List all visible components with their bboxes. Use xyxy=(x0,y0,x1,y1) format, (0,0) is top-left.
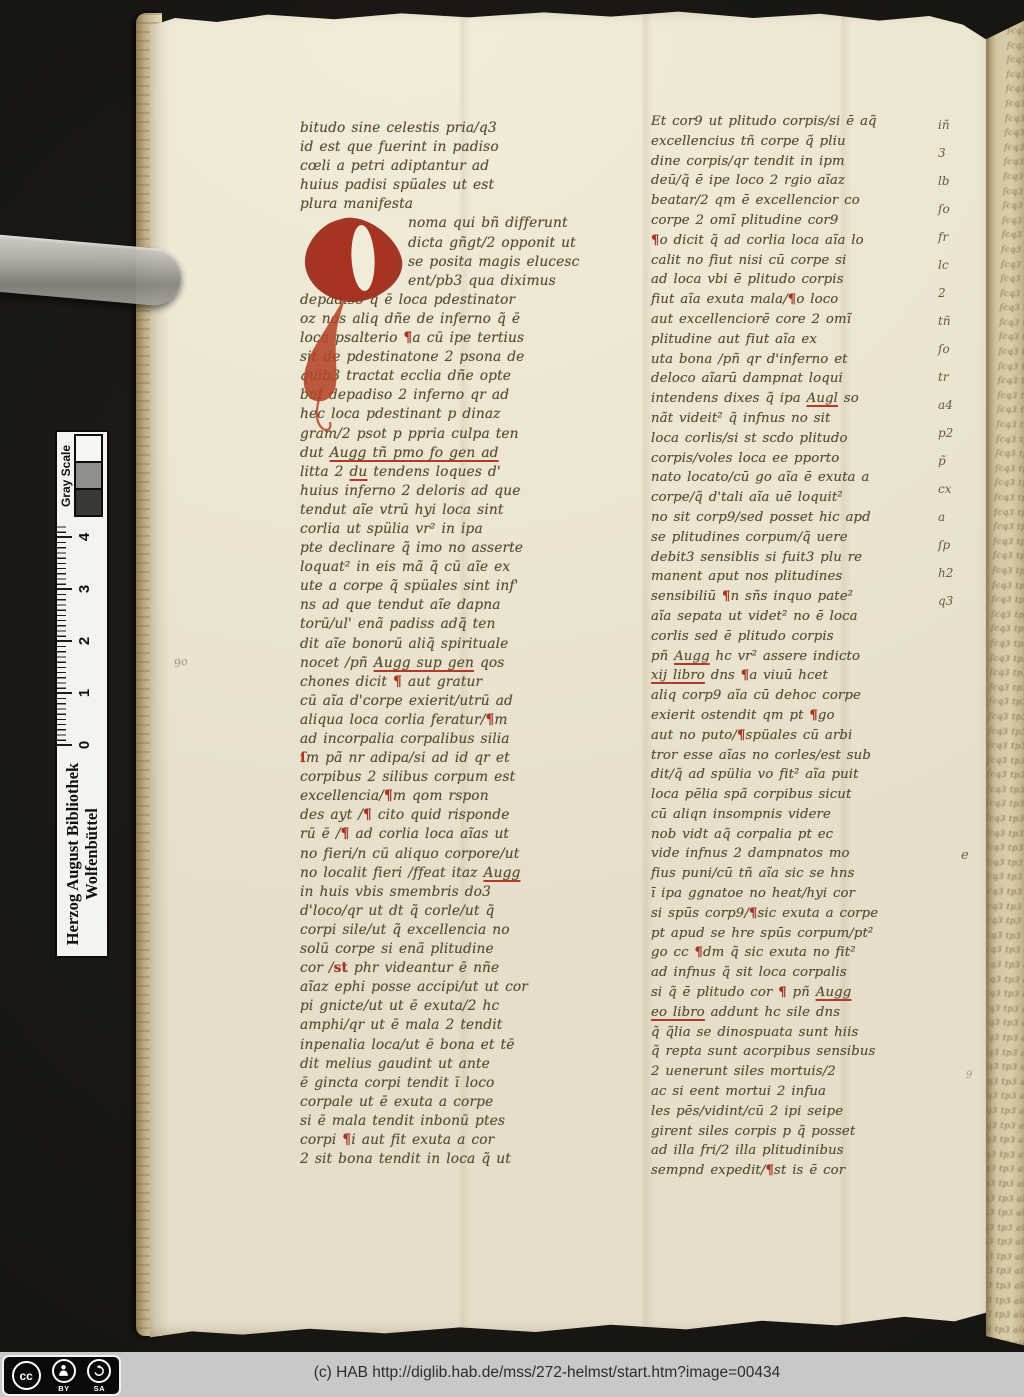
manuscript-line: pi gnicte/ut ut ē exuta/2 hc xyxy=(300,997,652,1016)
manuscript-line: rū ē /¶ ad corlia loca aĩas ut xyxy=(300,825,652,844)
margin-glyph: cx xyxy=(938,482,968,510)
margin-glyph: a xyxy=(938,510,968,538)
manuscript-line: Et cor9 ut plitudo corpis/si ē aq̃ xyxy=(651,112,987,132)
manuscript-line: ad illa fri/2 illa plitudinibus xyxy=(651,1141,987,1161)
manuscript-line: no fieri/n cū aliquo corpore/ut xyxy=(300,845,652,864)
margin-glyph: ſp xyxy=(938,538,968,566)
manuscript-line: q̃ q̃lia se dinospuata sunt hiis xyxy=(651,1023,987,1043)
manuscript-line: dit/q̃ ad spülia vo fit² aĩa puit xyxy=(651,765,987,785)
gray-scale: Gray Scale xyxy=(57,432,107,520)
manuscript-line: pt apud se hre spūs corpum/pt² xyxy=(651,924,987,944)
gray-scale-patch xyxy=(76,464,101,491)
initial-letter-O-icon xyxy=(292,212,417,434)
manuscript-line: loquat² in eis mã q̃ cū aĩe ex xyxy=(300,558,652,577)
margin-glyph: tñ xyxy=(938,314,968,342)
manuscript-line: no localit fieri /ffeat itaz Augg xyxy=(300,864,652,883)
margin-glyph: a4 xyxy=(938,398,968,426)
manuscript-line: corpis/voles loca ee pporto xyxy=(651,449,987,469)
manuscript-line: cū aĩa d'corpe exierit/utrū ad xyxy=(300,692,652,711)
manuscript-line: cū aliqn insompnis videre xyxy=(651,805,987,825)
manuscript-line: debit3 sensiblis si fuit3 plu re xyxy=(651,548,987,568)
manuscript-line: nocet /pñ Augg sup gen qos xyxy=(300,654,652,673)
manuscript-line: 2 uenerunt siles mortuis/2 xyxy=(651,1062,987,1082)
manuscript-line: ad loca vbi ē plitudo corpis xyxy=(651,270,987,290)
calibration-strip-inner: Herzog August Bibliothek Wolfenbüttel 01… xyxy=(57,432,107,956)
manuscript-line: les pēs/vidint/cū 2 ipi seipe xyxy=(651,1102,987,1122)
manuscript-line: inpenalia loca/ut ē bona et tē xyxy=(300,1036,652,1055)
attribution-text: (c) HAB http://diglib.hab.de/mss/272-hel… xyxy=(70,1364,1024,1382)
manuscript-line: corpi ¶i aut fit exuta a cor xyxy=(300,1131,652,1150)
manuscript-line: cor /st phr videantur ē nñe xyxy=(300,959,652,978)
manuscript-line: deloco aĩarū dampnat loqui xyxy=(651,369,987,389)
manuscript-line: xij libro dns ¶a viuū hcet xyxy=(651,666,987,686)
manuscript-line: ī ipa ggnatoe no heat/hyi cor xyxy=(651,884,987,904)
margin-glyph: 2 xyxy=(938,286,968,314)
manuscript-line: plitudine aut fiut aĩa ex xyxy=(651,330,987,350)
text-column-2: Et cor9 ut plitudo corpis/si ē aq̃excell… xyxy=(651,112,987,1181)
manuscript-line: no sit corp9/sed posset hic apd xyxy=(651,508,987,528)
manuscript-line: go cc ¶dm q̃ sic exuta no fit² xyxy=(651,943,987,963)
margin-glyph: p̃ xyxy=(938,454,968,482)
cc-by-group: BY xyxy=(52,1359,76,1393)
manuscript-line: corpe 2 omĩ plitudine cor9 xyxy=(651,211,987,231)
manuscript-line: girent siles corpis p q̃ posset xyxy=(651,1122,987,1142)
manuscript-line: nato locato/cū go aĩa ē exuta a xyxy=(651,468,987,488)
manuscript-line: ē gincta corpi tendit ī loco xyxy=(300,1074,652,1093)
margin-glyph: q3 xyxy=(938,594,968,622)
decorated-initial xyxy=(292,212,417,434)
fore-edge-text: ſcq3 tp3 aĩe 2tra ſpm qd h3 loca pl'a ñ … xyxy=(986,18,1024,1348)
manuscript-line: ute a corpe q̃ spüales sint inf' xyxy=(300,577,652,596)
manuscript-line: loca pēlia spã corpibus sicut xyxy=(651,785,987,805)
margin-glyph: iñ xyxy=(938,118,968,146)
manuscript-line: ac si eent mortui 2 infua xyxy=(651,1082,987,1102)
stray-glyph: 9 xyxy=(966,1070,972,1081)
manuscript-line: manent aput nos plitudines xyxy=(651,567,987,587)
footer-bar: (c) HAB http://diglib.hab.de/mss/272-hel… xyxy=(0,1352,1024,1397)
gray-scale-patches xyxy=(74,435,103,518)
manuscript-line: aĩa sepata ut videt² no ē loca xyxy=(651,607,987,627)
manuscript-line: ad incorpalia corpalibus silia xyxy=(300,730,652,749)
manuscript-line: calit no fiut nisi cū corpe si xyxy=(651,251,987,271)
cc-sa-arrow-icon xyxy=(87,1359,111,1383)
manuscript-line: aliqua loca corlia feratur/¶m xyxy=(300,711,652,730)
ruler-number: 3 xyxy=(76,582,93,596)
manuscript-line: uta bona /pñ qr d'inferno et xyxy=(651,350,987,370)
manuscript-line: si ē mala tendit inbonū ptes xyxy=(300,1112,652,1131)
manuscript-line: excellencius tñ corpe q̃ pliu xyxy=(651,132,987,152)
margin-glyph: ſo xyxy=(938,202,968,230)
margin-glyphs: iñ3lbſofrlc2tñſotra4p2p̃cxaſph2q3 xyxy=(938,118,968,622)
manuscript-line: aut no puto/¶spüales cū arbi xyxy=(651,726,987,746)
manuscript-line: dine corpis/qr tendit in ipm xyxy=(651,152,987,172)
manuscript-line: beatar/2 qm ē excellencior co xyxy=(651,191,987,211)
manuscript-line: dit aĩe bonorū aliq̃ spirituale xyxy=(300,635,652,654)
manuscript-line: si q̃ ē plitudo cor ¶ pñ Augg xyxy=(651,983,987,1003)
manuscript-line: litta 2 du tendens loques d' xyxy=(300,463,652,482)
manuscript-line: id est que fuerint in padiso xyxy=(300,138,652,157)
manuscript-line: pñ Augg hc vr² assere indicto xyxy=(651,647,987,667)
book-fore-edge: ſcq3 tp3 aĩe 2tra ſpm qd h3 loca pl'a ñ … xyxy=(986,18,1024,1348)
manuscript-line: vide infnus 2 dampnatos mo xyxy=(651,844,987,864)
margin-glyph: p2 xyxy=(938,426,968,454)
manuscript-line: solū corpe si enã plitudine xyxy=(300,940,652,959)
gray-scale-label: Gray Scale xyxy=(59,445,73,507)
manuscript-line: torū/ul' enã padiss adq̃ ten xyxy=(300,615,652,634)
manuscript-line: q̃ repta sunt acorpibus sensibus xyxy=(651,1042,987,1062)
margin-glyph: tr xyxy=(938,370,968,398)
manuscript-line: amphi/qr ut ē mala 2 tendit xyxy=(300,1016,652,1035)
manuscript-line: d'loco/qr ut dt q̃ corle/ut q̃ xyxy=(300,902,652,921)
manuscript-line: dit melius gaudint ut ante xyxy=(300,1055,652,1074)
ruler-number: 0 xyxy=(76,738,93,752)
color-calibration-strip: Herzog August Bibliothek Wolfenbüttel 01… xyxy=(57,432,107,956)
manuscript-line: cœli a petri adiptantur ad xyxy=(300,157,652,176)
ruler: 01234 xyxy=(57,520,107,752)
ruler-number: 2 xyxy=(76,634,93,648)
manuscript-line: fiut aĩa exuta mala/¶o loco xyxy=(651,290,987,310)
margin-glyph: lc xyxy=(938,258,968,286)
manuscript-line: ns ad que tendut aĩe dapna xyxy=(300,596,652,615)
institution-name: Herzog August Bibliothek Wolfenbüttel xyxy=(57,752,107,956)
manuscript-line: sempnd expedit/¶st is ē cor xyxy=(651,1161,987,1181)
manuscript-line: corpale ut ē exuta a corpe xyxy=(300,1093,652,1112)
gray-scale-patch xyxy=(76,437,101,464)
manuscript-line: 2 sit bona tendit in loca q̃ ut xyxy=(300,1150,652,1169)
manuscript-line: excellencia/¶m qom rspon xyxy=(300,787,652,806)
manuscript-line: deū/q̃ ē ipe loco 2 rgio aĩaz xyxy=(651,171,987,191)
manuscript-line: bitudo sine celestis pria/q3 xyxy=(300,119,652,138)
manuscript-line: se plitudines corpum/q̃ uere xyxy=(651,528,987,548)
ruler-number: 1 xyxy=(76,686,93,700)
manuscript-line: in huis vbis smembris do3 xyxy=(300,883,652,902)
manuscript-line: nãt videit² q̃ infnus no sit xyxy=(651,409,987,429)
ruler-ticks-big xyxy=(57,524,72,746)
manuscript-line: tendut aĩe vtrū hyi loca sint xyxy=(300,501,652,520)
cc-logo-icon: cc xyxy=(12,1361,41,1390)
manuscript-line: huius padisi spüales ut est xyxy=(300,176,652,195)
manuscript-line: intendens dixes q̃ ipa Augl so xyxy=(651,389,987,409)
manuscript-line: aut excellenciorē core 2 omĩ xyxy=(651,310,987,330)
manuscript-line: dut Augg tñ pmo fo gen ad xyxy=(300,444,652,463)
manuscript-line: ¶o dicit q̃ ad corlia loca aĩa lo xyxy=(651,231,987,251)
manuscript-line: ad infnus q̃ sit loca corpalis xyxy=(651,963,987,983)
institution-line1: Herzog August Bibliothek xyxy=(63,752,82,956)
manuscript-line: corpe/q̃ d'tali aĩa uē loquit² xyxy=(651,488,987,508)
margin-glyph: 3 xyxy=(938,146,968,174)
manuscript-line: tror esse aĩas no corles/est sub xyxy=(651,746,987,766)
margin-glyph: ſo xyxy=(938,342,968,370)
manuscript-line: corlia ut spülia vr² in ipa xyxy=(300,520,652,539)
manuscript-line: chones dicit ¶ aut gratur xyxy=(300,673,652,692)
manuscript-line: si spūs corp9/¶sic exuta a corpe xyxy=(651,904,987,924)
manuscript-line: corpibus 2 silibus corpum est xyxy=(300,768,652,787)
cc-by-person-icon xyxy=(52,1359,76,1383)
manuscript-line: corpi sile/ut q̃ excellencia no xyxy=(300,921,652,940)
margin-glyph: lb xyxy=(938,174,968,202)
ruler-number: 4 xyxy=(76,530,93,544)
cc-by-label: BY xyxy=(58,1384,69,1393)
manuscript-line: des ayt /¶ cito quid risponde xyxy=(300,806,652,825)
manuscript-line: huius inferno 2 deloris ad que xyxy=(300,482,652,501)
manuscript-line: sensibiliū ¶n sñs inquo pate² xyxy=(651,587,987,607)
cc-sa-label: SA xyxy=(94,1384,105,1393)
manuscript-line: exierit ostendit qm pt ¶go xyxy=(651,706,987,726)
manuscript-line: aliq corp9 aĩa cū dehoc corpe xyxy=(651,686,987,706)
cc-license-badge: cc BY SA xyxy=(2,1355,121,1396)
manuscript-line: nob vidt aq̃ corpalia pt ec xyxy=(651,825,987,845)
manuscript-line: eo libro addunt hc sile dns xyxy=(651,1003,987,1023)
manuscript-line: corlis sed ē plitudo corpis xyxy=(651,627,987,647)
institution-line2: Wolfenbüttel xyxy=(82,752,101,956)
manuscript-photo: bitudo sine celestis pria/q3id est que f… xyxy=(0,0,1024,1397)
manuscript-line: pte declinare q̃ imo no asserte xyxy=(300,539,652,558)
manuscript-line: loca corlis/si st scdo plitudo xyxy=(651,429,987,449)
margin-glyph: h2 xyxy=(938,566,968,594)
gray-scale-patch xyxy=(76,491,101,516)
stray-glyph: e xyxy=(961,848,969,863)
manuscript-line: fius puni/cū tñ aĩa sic se hns xyxy=(651,864,987,884)
cc-sa-group: SA xyxy=(87,1359,111,1393)
margin-glyph: fr xyxy=(938,230,968,258)
manuscript-line: ſm pã nr adipa/si ad id qr et xyxy=(300,749,652,768)
manuscript-line: aĩaz ephi posse accipi/ut ut cor xyxy=(300,978,652,997)
